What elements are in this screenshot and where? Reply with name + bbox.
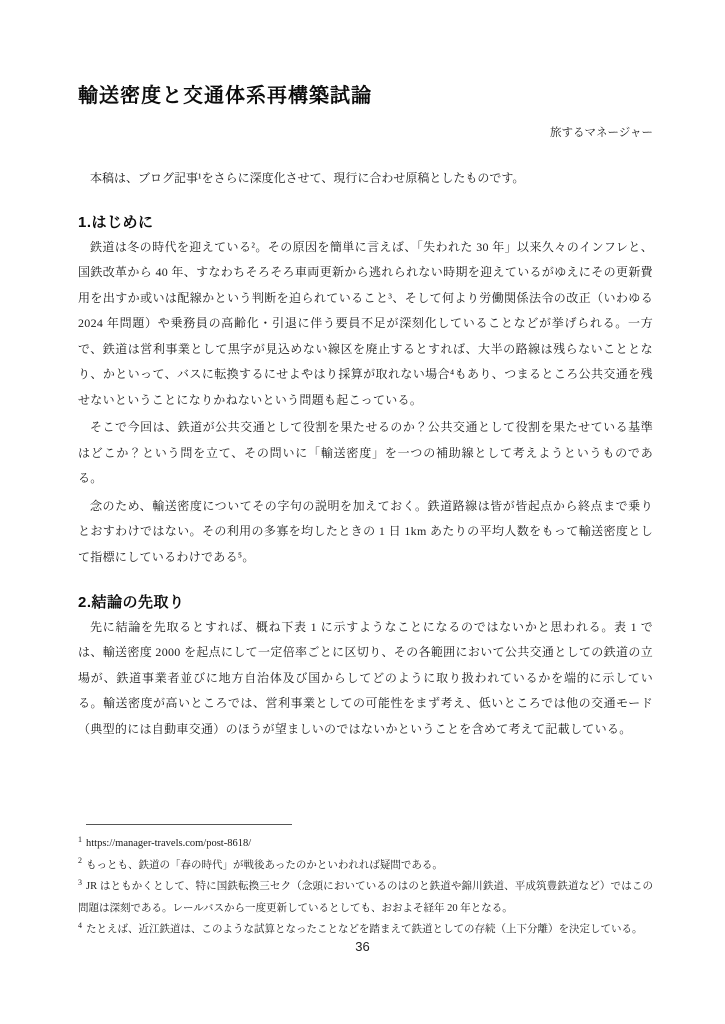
footnote-3-marker: 3: [78, 878, 82, 887]
page-number: 36: [0, 939, 725, 954]
section-1-paragraph-2: そこで今回は、鉄道が公共交通として役割を果たせるのか？公共交通として役割を果たせ…: [78, 415, 653, 492]
section-2-heading: 2.結論の先取り: [78, 593, 653, 613]
section-1-heading: 1.はじめに: [78, 213, 653, 233]
footnote-4: 4たとえば、近江鉄道は、このような試算となったことなどを踏まえて鉄道としての存続…: [78, 919, 653, 941]
section-2-paragraph-1: 先に結論を先取るとすれば、概ね下表 1 に示すようなことになるのではないかと思わ…: [78, 615, 653, 743]
footnote-1: 1https://manager-travels.com/post-8618/: [78, 833, 653, 855]
footnote-2: 2もっとも、鉄道の「春の時代」が戦後あったのかといわれれば疑問である。: [78, 855, 653, 877]
footnote-2-marker: 2: [78, 856, 82, 865]
footnote-2-text: もっとも、鉄道の「春の時代」が戦後あったのかといわれれば疑問である。: [86, 860, 443, 871]
footnote-separator-rule: [86, 824, 292, 825]
page-title: 輸送密度と交通体系再構築試論: [78, 84, 653, 109]
footnote-1-link[interactable]: https://manager-travels.com/post-8618/: [86, 838, 251, 849]
footnote-4-marker: 4: [78, 921, 82, 930]
footnote-3: 3JR はともかくとして、特に国鉄転換三セク（念頭においているのはのと鉄道や錦川…: [78, 876, 653, 919]
footnotes-block: 1https://manager-travels.com/post-8618/ …: [78, 824, 653, 941]
section-1-paragraph-1: 鉄道は冬の時代を迎えている²。その原因を簡単に言えば、「失われた 30 年」以来…: [78, 235, 653, 414]
intro-paragraph: 本稿は、ブログ記事¹をさらに深度化させて、現行に合わせ原稿としたものです。: [78, 166, 653, 190]
section-1-paragraph-3: 念のため、輸送密度についてその字句の説明を加えておく。鉄道路線は皆が皆起点から終…: [78, 494, 653, 571]
document-page: 輸送密度と交通体系再構築試論 旅するマネージャー 本稿は、ブログ記事¹をさらに深…: [0, 0, 725, 1024]
footnote-4-text: たとえば、近江鉄道は、このような試算となったことなどを踏まえて鉄道としての存続（…: [86, 924, 643, 935]
author-byline: 旅するマネージャー: [78, 125, 653, 141]
footnote-1-marker: 1: [78, 835, 82, 844]
footnote-3-text: JR はともかくとして、特に国鉄転換三セク（念頭においているのはのと鉄道や錦川鉄…: [78, 881, 653, 914]
